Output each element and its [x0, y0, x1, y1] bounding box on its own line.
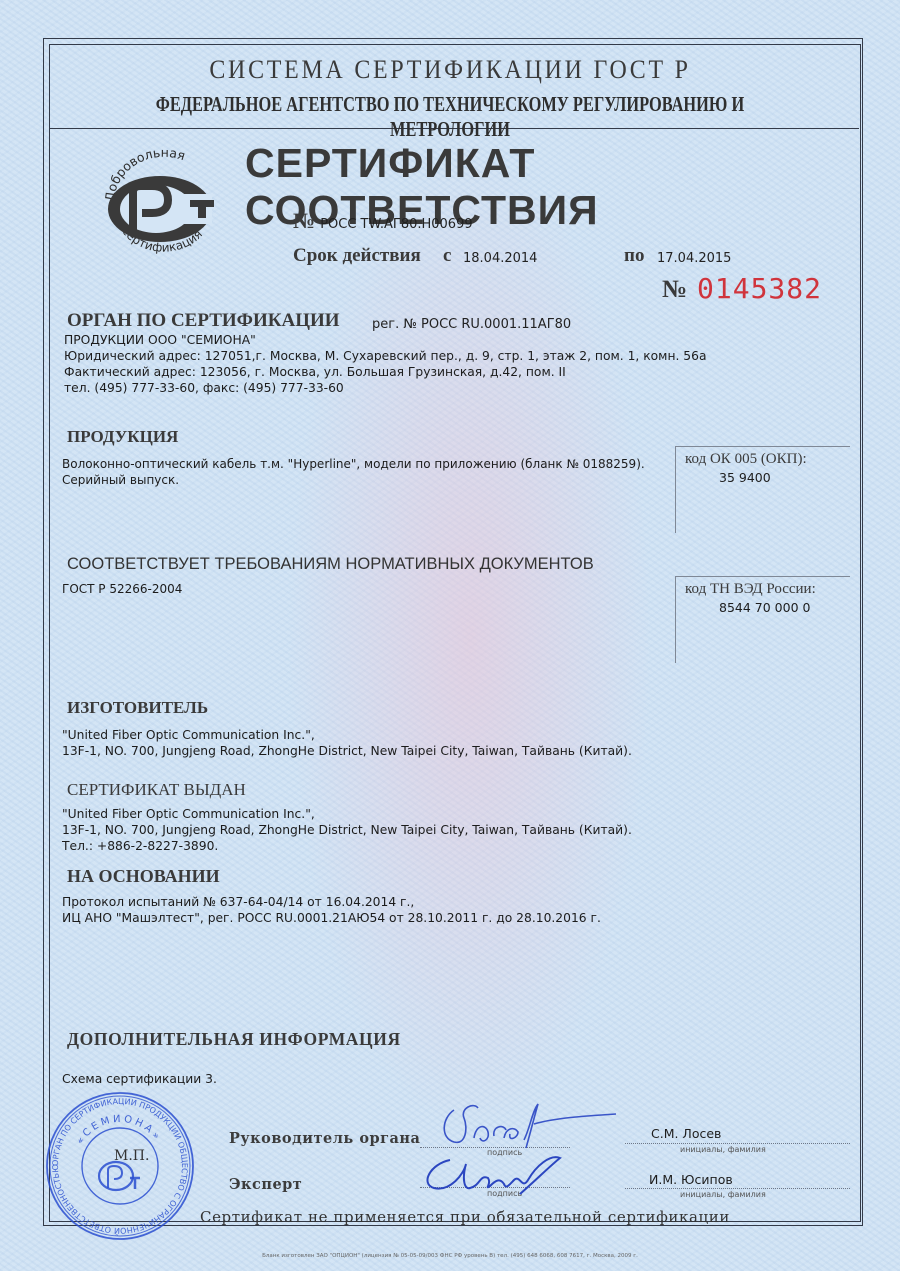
manufacturer-details: "United Fiber Optic Communication Inc.",… — [62, 727, 632, 759]
stamp-name: «СЕМИОНА» — [75, 1114, 164, 1147]
org-line: тел. (495) 777-33-60, факс: (495) 777-33… — [64, 380, 706, 396]
tnved-code-box: код ТН ВЭД России: 8544 70 000 0 — [675, 576, 850, 663]
product-heading: ПРОДУКЦИЯ — [67, 427, 178, 447]
manufacturer-line: 13F-1, NO. 700, Jungjeng Road, ZhongHe D… — [62, 743, 632, 759]
product-line: Волоконно-оптический кабель т.м. "Hyperl… — [62, 456, 645, 472]
head-name-caption: инициалы, фамилия — [680, 1145, 766, 1154]
org-line: Фактический адрес: 123056, г. Москва, ул… — [64, 364, 706, 380]
issued-to-heading: СЕРТИФИКАТ ВЫДАН — [67, 780, 246, 800]
okp-code-value: 35 9400 — [719, 470, 850, 485]
basis-details: Протокол испытаний № 637-64-04/14 от 16.… — [62, 894, 601, 926]
okp-code-label: код ОК 005 (ОКП): — [685, 451, 850, 468]
additional-heading: ДОПОЛНИТЕЛЬНАЯ ИНФОРМАЦИЯ — [67, 1029, 401, 1050]
org-details: ПРОДУКЦИИ ООО "СЕМИОНА" Юридический адре… — [64, 332, 706, 396]
tnved-code-label: код ТН ВЭД России: — [685, 581, 850, 598]
org-reg-number: рег. № РОСС RU.0001.11АГ80 — [372, 317, 571, 332]
from-date: 18.04.2014 — [463, 251, 537, 266]
stamp-seal-icon: ОРГАН ПО СЕРТИФИКАЦИИ ПРОДУКЦИИ ОБЩЕСТВО… — [44, 1090, 196, 1242]
svg-text:«СЕМИОНА»: «СЕМИОНА» — [75, 1114, 164, 1147]
manufacturer-line: "United Fiber Optic Communication Inc.", — [62, 727, 632, 743]
to-label: по — [624, 245, 644, 267]
footer-note: Сертификат не применяется при обязательн… — [200, 1208, 730, 1226]
to-date: 17.04.2015 — [657, 251, 731, 266]
signature-icon — [434, 1098, 624, 1153]
system-title: СИСТЕМА СЕРТИФИКАЦИИ ГОСТ Р — [36, 55, 864, 85]
conformity-heading: СООТВЕТСТВУЕТ ТРЕБОВАНИЯМ НОРМАТИВНЫХ ДО… — [67, 555, 594, 574]
expert-name-line — [625, 1188, 850, 1189]
tnved-code-value: 8544 70 000 0 — [719, 600, 850, 615]
issued-to-details: "United Fiber Optic Communication Inc.",… — [62, 806, 632, 854]
head-name: С.М. Лосев — [651, 1126, 721, 1141]
org-line: ПРОДУКЦИИ ООО "СЕМИОНА" — [64, 332, 706, 348]
printer-info: Бланк изготовлен ЗАО "ОПЦИОН" (лицензия … — [0, 1253, 900, 1259]
manufacturer-heading: ИЗГОТОВИТЕЛЬ — [67, 698, 208, 718]
from-label: с — [443, 245, 451, 267]
issued-to-line: Тел.: +886-2-8227-3890. — [62, 838, 632, 854]
issued-to-line: "United Fiber Optic Communication Inc.", — [62, 806, 632, 822]
basis-heading: НА ОСНОВАНИИ — [67, 866, 220, 887]
head-signature-role: Руководитель органа — [229, 1130, 420, 1147]
okp-code-box: код ОК 005 (ОКП): 35 9400 — [675, 446, 850, 533]
gost-logo: Добровольная сертификация — [100, 140, 225, 258]
stamp-mp-label: М.П. — [114, 1148, 149, 1164]
product-line: Серийный выпуск. — [62, 472, 645, 488]
basis-line: Протокол испытаний № 637-64-04/14 от 16.… — [62, 894, 601, 910]
expert-signature-scribble — [410, 1150, 580, 1204]
basis-line: ИЦ АНО "Машэлтест", рег. РОСС RU.0001.21… — [62, 910, 601, 926]
pct-logo-icon: Добровольная сертификация — [100, 140, 225, 258]
issued-to-line: 13F-1, NO. 700, Jungjeng Road, ZhongHe D… — [62, 822, 632, 838]
certificate-number-row: № РОСС TW.АГ80.Н00699 — [293, 208, 473, 234]
additional-details: Схема сертификации 3. — [62, 1071, 217, 1087]
blank-number: 0145382 — [697, 272, 822, 305]
signature-icon — [410, 1150, 580, 1200]
expert-name: И.М. Юсипов — [649, 1172, 733, 1187]
agency-title: ФЕДЕРАЛЬНОЕ АГЕНТСТВО ПО ТЕХНИЧЕСКОМУ РЕ… — [99, 92, 801, 142]
head-signature-scribble — [434, 1098, 624, 1157]
conformity-docs: ГОСТ Р 52266-2004 — [62, 581, 182, 597]
official-stamp: ОРГАН ПО СЕРТИФИКАЦИИ ПРОДУКЦИИ ОБЩЕСТВО… — [44, 1090, 196, 1242]
expert-name-caption: инициалы, фамилия — [680, 1190, 766, 1199]
expert-signature-role: Эксперт — [229, 1176, 302, 1193]
head-name-line — [625, 1143, 850, 1144]
org-line: Юридический адрес: 127051,г. Москва, М. … — [64, 348, 706, 364]
org-heading: ОРГАН ПО СЕРТИФИКАЦИИ — [67, 310, 340, 332]
validity-label: Срок действия — [293, 245, 421, 267]
product-details: Волоконно-оптический кабель т.м. "Hyperl… — [62, 456, 645, 488]
blank-number-sign: № — [662, 276, 687, 304]
number-sign: № — [293, 208, 315, 233]
certificate-number: РОСС TW.АГ80.Н00699 — [320, 217, 472, 232]
